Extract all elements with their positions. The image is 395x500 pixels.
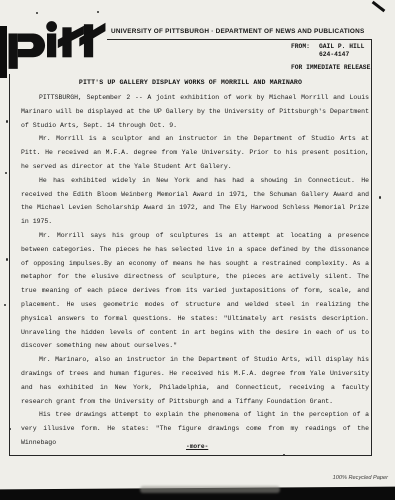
- dust-speck: [6, 258, 8, 261]
- from-label: FROM:: [291, 43, 319, 51]
- scanned-press-release-page: UNIVERSITY OF PITTSBURGH · DEPARTMENT OF…: [0, 0, 395, 500]
- press-release-paragraph: Mr. Marinaro, also an instructor in the …: [21, 353, 369, 408]
- dust-speck: [4, 304, 6, 306]
- press-release-paragraph: He has exhibited widely in New York and …: [21, 174, 369, 229]
- dust-speck: [6, 120, 8, 123]
- press-release-title: PITT'S UP GALLERY DISPLAY WORKS OF MORRI…: [9, 79, 372, 86]
- press-release-body: PITTSBURGH, September 2 -- A joint exhib…: [21, 91, 369, 450]
- release-status: FOR IMMEDIATE RELEASE: [291, 64, 370, 71]
- press-release-paragraph: Mr. Morrill is a sculptor and an instruc…: [21, 132, 369, 173]
- pitt-logo: [7, 16, 107, 74]
- dust-speck: [379, 196, 381, 199]
- from-block: FROM: GAIL P. HILL 624-4147: [291, 43, 371, 58]
- press-release-paragraph: Mr. Morrill says his group of sculptures…: [21, 229, 369, 353]
- more-marker: -more-: [186, 443, 208, 450]
- press-release-paragraph: PITTSBURGH, September 2 -- A joint exhib…: [21, 91, 369, 132]
- pitt-logo-icon: [7, 16, 107, 74]
- dust-speck: [36, 12, 38, 14]
- scanner-edge-left: [0, 26, 7, 78]
- masthead-department-line: UNIVERSITY OF PITTSBURGH · DEPARTMENT OF…: [111, 28, 393, 35]
- scanner-corner-mark: [372, 1, 386, 13]
- dust-speck: [97, 11, 99, 13]
- recycled-paper-note: 100% Recycled Paper: [296, 475, 388, 481]
- dust-speck: [5, 172, 7, 174]
- scanner-smudge: [140, 486, 280, 493]
- from-name: GAIL P. HILL: [319, 43, 364, 51]
- from-phone: 624-4147: [319, 51, 371, 59]
